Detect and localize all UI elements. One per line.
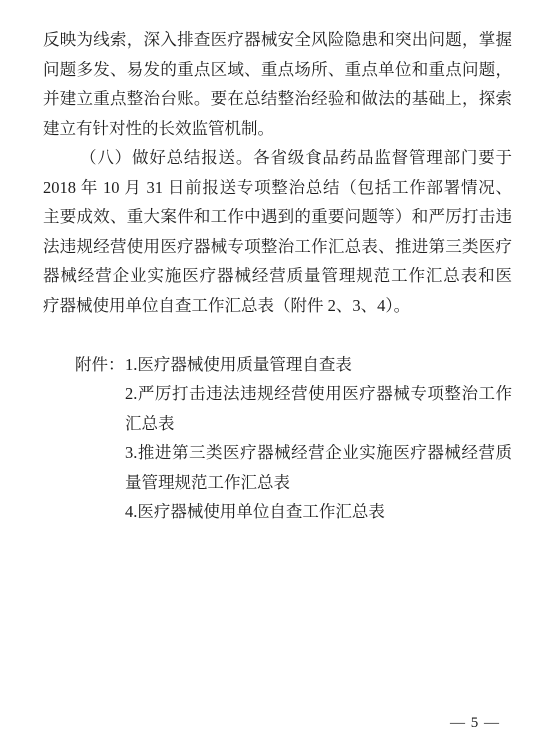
attachment-line: 量管理规范工作汇总表 — [43, 468, 512, 498]
text-line: 2018 年 10 月 31 日前报送专项整治总结（包括工作部署情况、 — [43, 173, 512, 203]
text-line: 疗器械使用单位自查工作汇总表（附件 2、3、4）。 — [43, 291, 512, 321]
text-line: 法违规经营使用医疗器械专项整治工作汇总表、推进第三类医疗 — [43, 232, 512, 262]
text-line: 器械经营企业实施医疗器械经营质量管理规范工作汇总表和医 — [43, 261, 512, 291]
body-text: 反映为线索，深入排查医疗器械安全风险隐患和突出问题，掌握 问题多发、易发的重点区… — [43, 25, 512, 527]
attachment-heading-line: 附件： 1.医疗器械使用质量管理自查表 — [43, 350, 512, 380]
attachment-line: 2.严厉打击违法违规经营使用医疗器械专项整治工作 — [43, 379, 512, 409]
attachment-line: 1.医疗器械使用质量管理自查表 — [125, 350, 352, 380]
attachment-line: 汇总表 — [43, 409, 512, 439]
text-line: 建立有针对性的长效监管机制。 — [43, 114, 512, 144]
text-line: 反映为线索，深入排查医疗器械安全风险隐患和突出问题，掌握 — [43, 25, 512, 55]
text-line-paragraph-start: （八）做好总结报送。各省级食品药品监督管理部门要于 — [43, 143, 512, 173]
attachment-line: 4.医疗器械使用单位自查工作汇总表 — [43, 497, 512, 527]
text-line: 问题多发、易发的重点区域、重点场所、重点单位和重点问题， — [43, 55, 512, 85]
text-line: 主要成效、重大案件和工作中遇到的重要问题等）和严厉打击违 — [43, 202, 512, 232]
blank-line — [43, 320, 512, 350]
attachment-line: 3.推进第三类医疗器械经营企业实施医疗器械经营质 — [43, 438, 512, 468]
attachments-label: 附件： — [75, 350, 125, 380]
page-number: — 5 — — [450, 714, 500, 732]
text-line: 并建立重点整治台账。要在总结整治经验和做法的基础上，探索 — [43, 84, 512, 114]
document-page: 反映为线索，深入排查医疗器械安全风险隐患和突出问题，掌握 问题多发、易发的重点区… — [0, 0, 553, 751]
